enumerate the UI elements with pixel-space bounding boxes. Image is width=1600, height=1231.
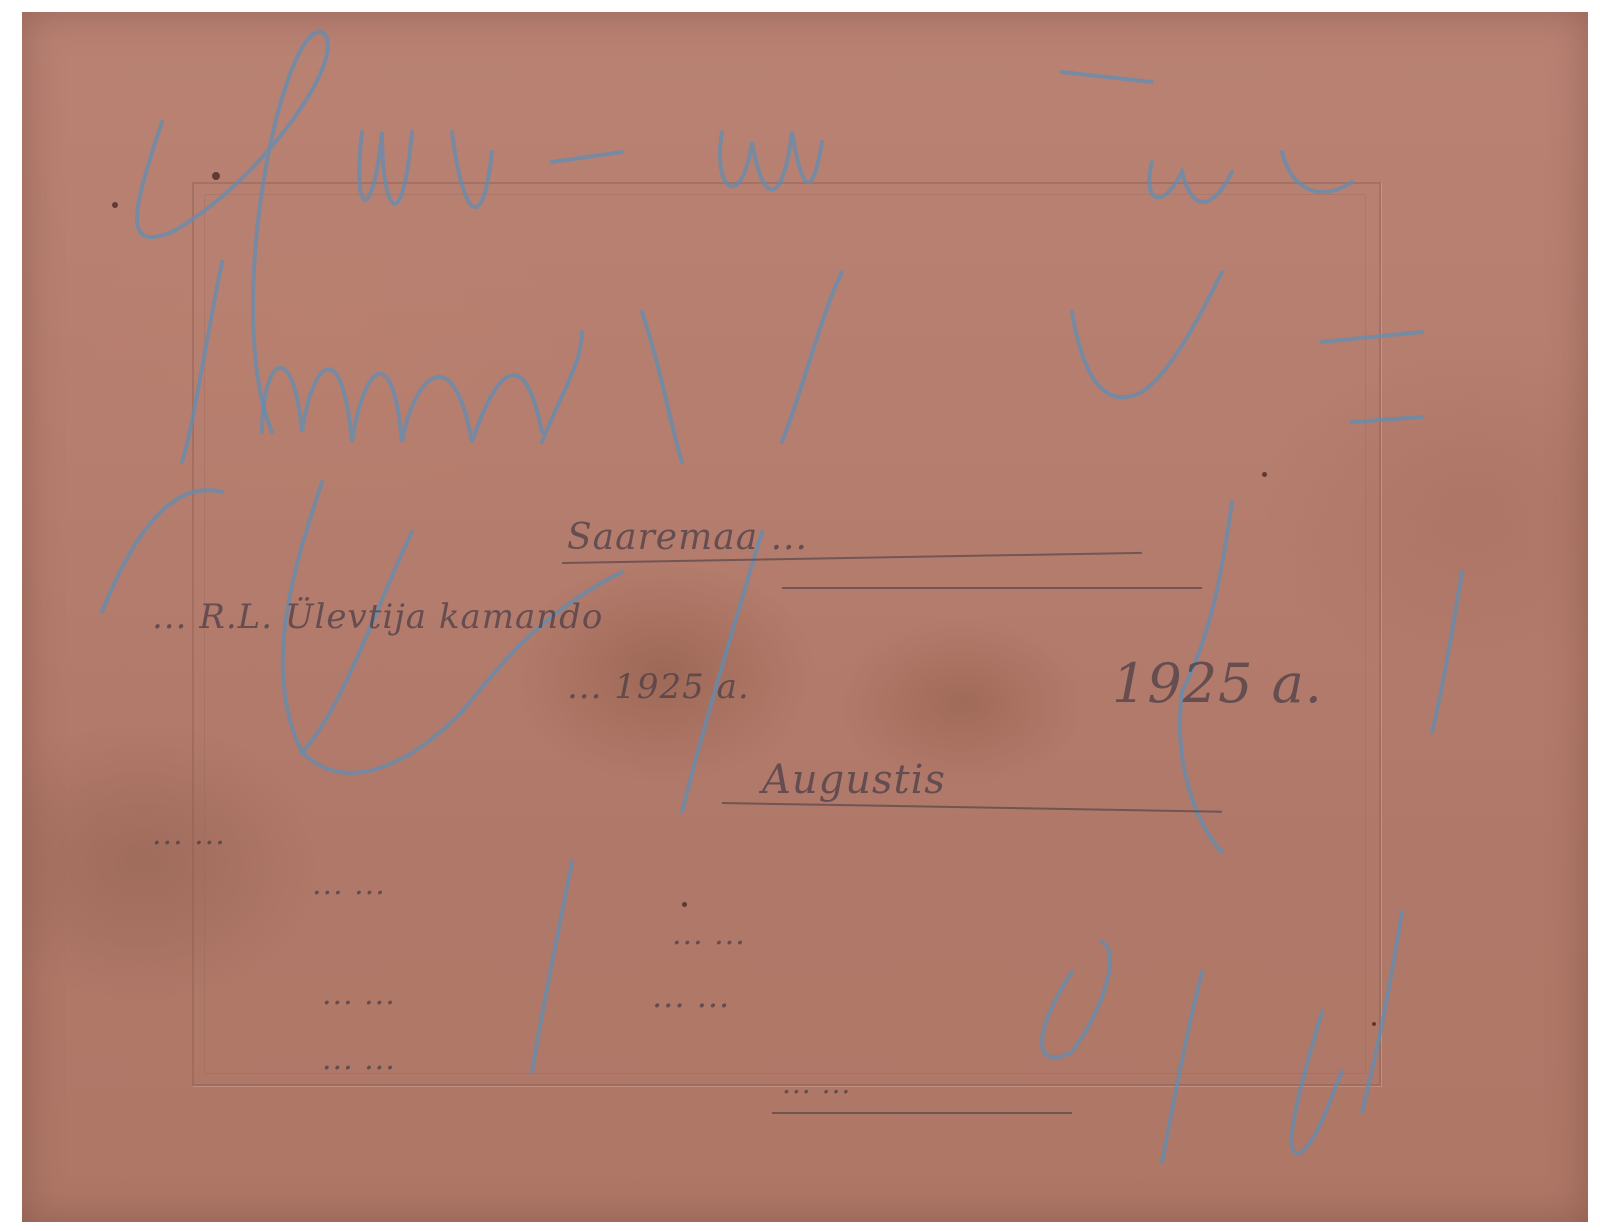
underline-4 [772,1112,1072,1114]
pencil-line-12: ... ... [782,1067,851,1100]
pencil-line-1: Saaremaa ... [567,517,808,558]
pencil-line-3: ... 1925 a. [567,667,750,707]
pencil-line-8: ... ... [672,917,746,952]
pencil-line-7: ... ... [312,867,386,902]
ink-spot [1372,1022,1376,1026]
pencil-line-9: ... ... [322,977,396,1012]
pencil-line-2: ... R.L. Ülevtija kamando [152,597,603,637]
underline-2 [782,587,1202,589]
pencil-month: Augustis [762,757,946,803]
pencil-line-11: ... ... [322,1042,396,1077]
ink-spot [212,172,220,180]
pencil-date: 1925 a. [1112,652,1323,715]
photo-card-back: Saaremaa ... ... R.L. Ülevtija kamando .… [22,12,1588,1222]
ink-spot [682,902,687,907]
ink-spot [112,202,118,208]
pencil-line-6: ... ... [152,817,226,852]
ink-spot [1262,472,1267,477]
pencil-line-10: ... ... [652,977,730,1015]
